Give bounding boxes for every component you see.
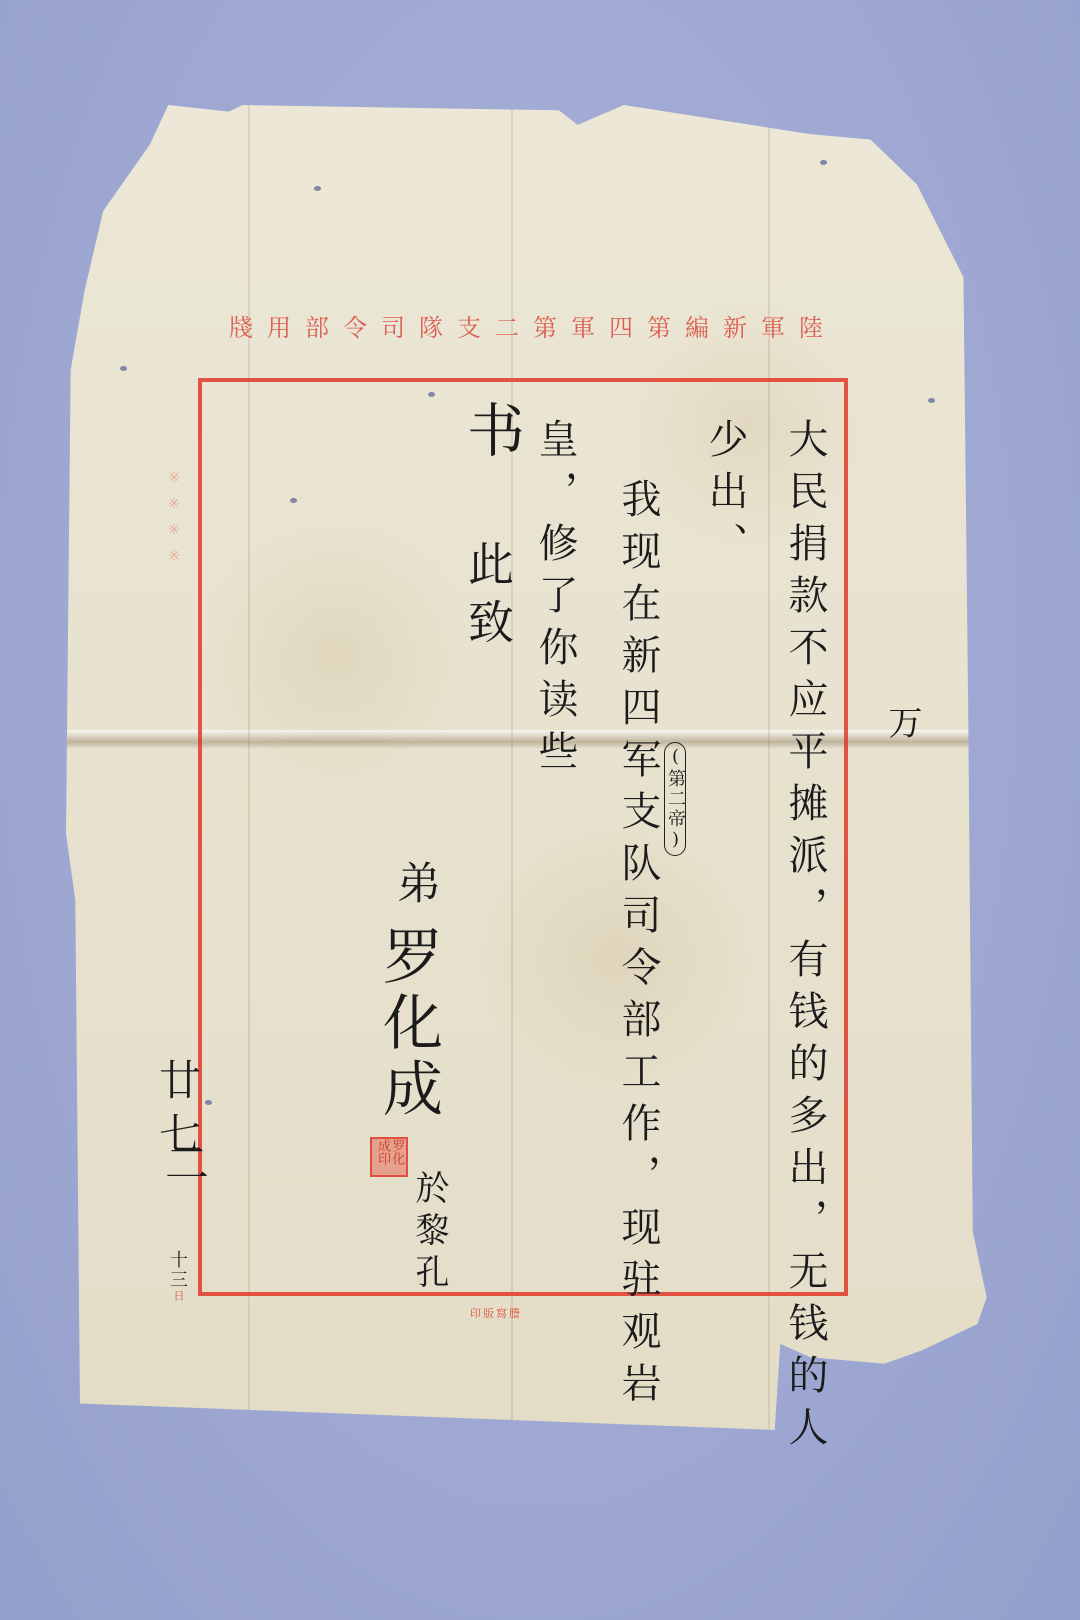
letter-column-3: 我现在新四军支队司令部工作，现驻观岩 (618, 478, 658, 1414)
signature-prefix: 弟 (392, 860, 436, 916)
faint-margin-print: ※※※※ (166, 470, 182, 574)
parenthetical-annotation: (第二帝) (664, 742, 686, 856)
date-day: 十三 (168, 1250, 186, 1290)
signature-name: 罗化成 (378, 925, 438, 1123)
red-ruled-frame (198, 378, 848, 1296)
letter-column-5: 书 (462, 400, 520, 470)
pin-hole (314, 186, 321, 191)
letter-column-2: 少出、 (705, 418, 745, 574)
pin-hole (205, 1100, 212, 1105)
letter-column-1: 大民捐款不应平摊派，有钱的多出，无钱的人 (785, 418, 825, 1458)
letter-column-6: 此致 (465, 540, 511, 656)
pin-hole (928, 398, 935, 403)
date-month: 二 (160, 1140, 204, 1196)
signature-location: 於黎孔 (412, 1170, 446, 1296)
letterhead-title: 陸軍新編第四軍第二支隊司令部用牋 (218, 308, 848, 343)
pin-hole (428, 392, 435, 397)
margin-note: 万 (885, 705, 919, 751)
pin-hole (120, 366, 127, 371)
letter-column-4: 皇，修了你读些 (535, 418, 575, 782)
date-day-suffix: 日 (173, 1290, 184, 1313)
red-name-seal: 罗化成印 (370, 1137, 408, 1177)
pin-hole (820, 160, 827, 165)
pin-hole (290, 498, 297, 503)
printer-footer: 謄寫版印 (470, 1305, 522, 1321)
